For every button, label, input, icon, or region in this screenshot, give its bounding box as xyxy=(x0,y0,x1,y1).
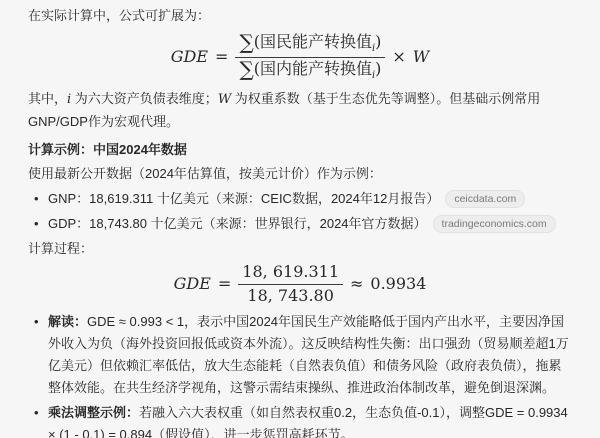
gdp-text: GDP：18,743.80 十亿美元（来源：世界银行，2024年官方数据） xyxy=(48,216,427,231)
data-source-list: GNP：18,619.311 十亿美元（来源：CEIC数据，2024年12月报告… xyxy=(28,188,572,235)
citation-badge-ceicdata[interactable]: ceicdata.com xyxy=(445,190,525,208)
interpretation-text: GDE ≈ 0.993 < 1，表示中国2024年国民生产效能略低于国内产出水平… xyxy=(48,314,569,395)
citation-badge-tradingeconomics[interactable]: tradingeconomics.com xyxy=(433,215,556,233)
formula-lhs: GDE xyxy=(174,274,211,295)
denominator-text: (国内能产转换值 xyxy=(254,59,372,78)
interpretation-item: 解读：GDE ≈ 0.993 < 1，表示中国2024年国民生产效能略低于国内产… xyxy=(28,311,572,399)
gdp-list-item: GDP：18,743.80 十亿美元（来源：世界银行，2024年官方数据）tra… xyxy=(28,213,572,235)
example-heading: 计算示例：中国2024年数据 xyxy=(28,139,572,161)
gde-formula-calculation: GDE = 18, 619.311 18, 743.80 ≈ 0.9934 xyxy=(28,262,572,307)
variables-paragraph: 其中，i 为六大资产负债表维度；W 为权重系数（基于生态优先等调整）。但基础示例… xyxy=(28,88,572,133)
equals-sign: = xyxy=(218,274,231,295)
vars-text: 为六大资产负债表维度； xyxy=(71,91,218,106)
fraction-denominator: ∑(国内能产转换值i) xyxy=(235,58,385,83)
fraction: ∑(国民能产转换值i) ∑(国内能产转换值i) xyxy=(235,32,385,83)
calc-process-label: 计算过程： xyxy=(28,238,572,260)
equals-sign: = xyxy=(215,47,228,68)
interpretation-label: 解读： xyxy=(48,314,87,329)
gde-formula-expanded: GDE = ∑(国民能产转换值i) ∑(国内能产转换值i) × W xyxy=(28,32,572,83)
fraction-denominator: 18, 743.80 xyxy=(238,285,343,307)
analysis-list: 解读：GDE ≈ 0.993 < 1，表示中国2024年国民生产效能略低于国内产… xyxy=(28,311,572,438)
close-paren: ) xyxy=(375,59,381,78)
adjustment-label: 乘法调整示例： xyxy=(48,405,139,420)
formula-result: 0.9934 xyxy=(370,274,426,295)
fraction-numerator: ∑(国民能产转换值i) xyxy=(235,32,385,58)
sum-icon: ∑ xyxy=(239,30,253,54)
weight-variable: W xyxy=(413,47,429,68)
intro-paragraph: 在实际计算中，公式可扩展为： xyxy=(28,5,572,27)
var-w: W xyxy=(218,92,231,107)
approx-sign: ≈ xyxy=(350,274,363,295)
formula-lhs: GDE xyxy=(171,47,208,68)
sum-icon: ∑ xyxy=(239,57,253,81)
fraction-numerator: 18, 619.311 xyxy=(238,262,343,285)
numerator-text: (国民能产转换值 xyxy=(254,32,372,51)
gnp-text: GNP：18,619.311 十亿美元（来源：CEIC数据，2024年12月报告… xyxy=(48,191,439,206)
adjustment-item: 乘法调整示例：若融入六大表权重（如自然表权重0.2，生态负值-0.1），调整GD… xyxy=(28,402,572,438)
fraction: 18, 619.311 18, 743.80 xyxy=(238,262,343,307)
times-sign: × xyxy=(392,47,405,68)
close-paren: ) xyxy=(375,32,381,51)
example-intro-paragraph: 使用最新公开数据（2024年估算值，按美元计价）作为示例： xyxy=(28,163,572,185)
assistant-message: 在实际计算中，公式可扩展为： GDE = ∑(国民能产转换值i) ∑(国内能产转… xyxy=(28,5,572,438)
gnp-list-item: GNP：18,619.311 十亿美元（来源：CEIC数据，2024年12月报告… xyxy=(28,188,572,210)
vars-text: 其中， xyxy=(28,91,67,106)
